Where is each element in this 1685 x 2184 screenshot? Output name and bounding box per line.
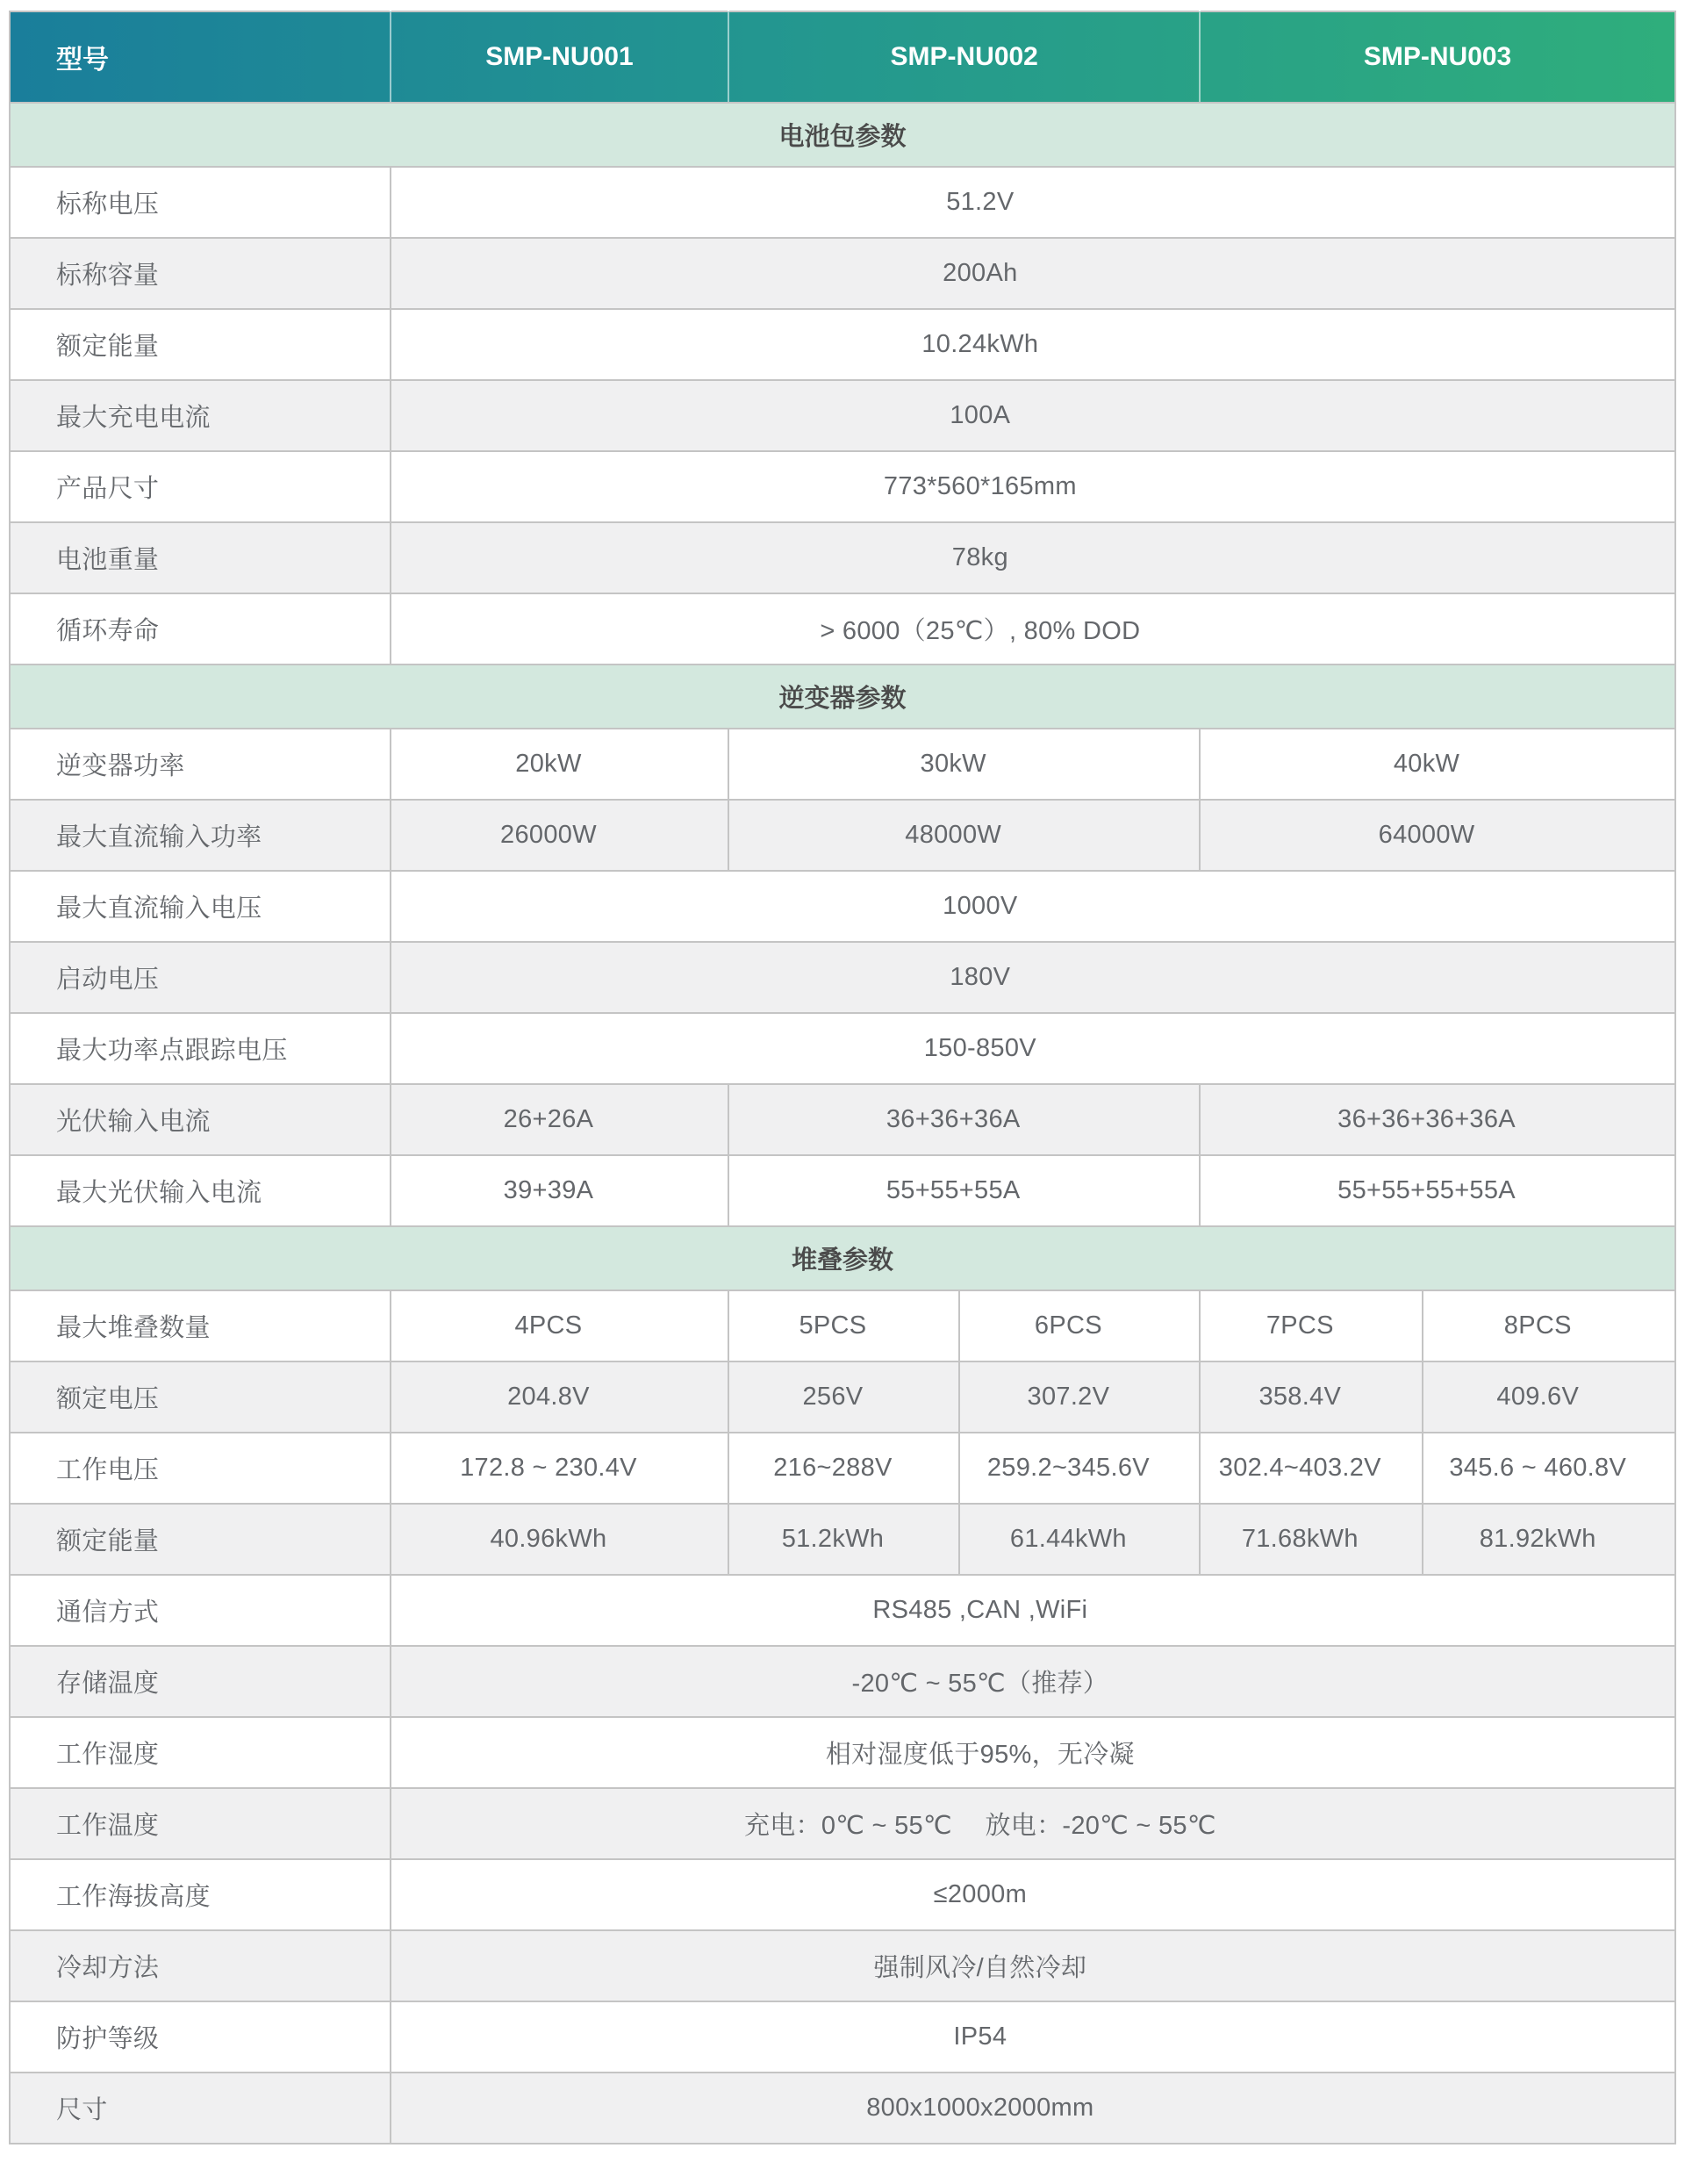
spec-row: 最大光伏输入电流39+39A55+55+55A55+55+55+55A: [10, 1155, 1675, 1226]
spec-row-label: 工作湿度: [10, 1717, 391, 1788]
spec-row-label: 最大直流输入功率: [10, 800, 391, 871]
spec-row: 光伏输入电流26+26A36+36+36A36+36+36+36A: [10, 1084, 1675, 1155]
model-header-row: 型号 SMP-NU001 SMP-NU002 SMP-NU003: [10, 11, 1675, 103]
spec-row: 工作电压172.8 ~ 230.4V216~288V259.2~345.6V30…: [10, 1433, 1675, 1504]
spec-value: 30kW: [728, 729, 1200, 800]
spec-value: 40.96kWh: [391, 1504, 729, 1575]
spec-value: 100A: [391, 380, 1675, 451]
spec-value: 81.92kWh: [1423, 1504, 1676, 1575]
spec-value: 20kW: [391, 729, 729, 800]
spec-row: 最大功率点跟踪电压150-850V: [10, 1013, 1675, 1084]
spec-row-label: 最大光伏输入电流: [10, 1155, 391, 1226]
section-title: 堆叠参数: [10, 1226, 1675, 1290]
spec-value: 8PCS: [1423, 1290, 1676, 1361]
spec-value: 358.4V: [1200, 1361, 1422, 1433]
spec-row-label: 标称容量: [10, 238, 391, 309]
spec-value: 216~288V: [728, 1433, 958, 1504]
spec-row-label: 工作电压: [10, 1433, 391, 1504]
section-band-row: 逆变器参数: [10, 665, 1675, 729]
spec-row: 最大堆叠数量4PCS5PCS6PCS7PCS8PCS: [10, 1290, 1675, 1361]
spec-value: 26+26A: [391, 1084, 729, 1155]
spec-value: 64000W: [1200, 800, 1675, 871]
spec-row-label: 防护等级: [10, 2001, 391, 2073]
spec-row: 工作海拔高度≤2000m: [10, 1859, 1675, 1930]
spec-row: 工作湿度相对湿度低于95%，无冷凝: [10, 1717, 1675, 1788]
spec-value: 307.2V: [959, 1361, 1200, 1433]
spec-row: 标称电压51.2V: [10, 167, 1675, 238]
spec-row-label: 光伏输入电流: [10, 1084, 391, 1155]
spec-value: 55+55+55A: [728, 1155, 1200, 1226]
spec-row-label: 冷却方法: [10, 1930, 391, 2001]
spec-value: 48000W: [728, 800, 1200, 871]
spec-table: 型号 SMP-NU001 SMP-NU002 SMP-NU003 电池包参数标称…: [9, 11, 1676, 2144]
spec-row: 额定电压204.8V256V307.2V358.4V409.6V: [10, 1361, 1675, 1433]
spec-row-label: 额定电压: [10, 1361, 391, 1433]
spec-row: 存储温度-20℃ ~ 55℃（推荐）: [10, 1646, 1675, 1717]
spec-value: 180V: [391, 942, 1675, 1013]
model-column-title: 型号: [10, 11, 391, 103]
spec-sheet-page: 型号 SMP-NU001 SMP-NU002 SMP-NU003 电池包参数标称…: [0, 0, 1685, 2184]
spec-row-label: 最大堆叠数量: [10, 1290, 391, 1361]
spec-value: 71.68kWh: [1200, 1504, 1422, 1575]
spec-row: 电池重量78kg: [10, 522, 1675, 593]
spec-value: 39+39A: [391, 1155, 729, 1226]
spec-value: 150-850V: [391, 1013, 1675, 1084]
spec-value: 51.2kWh: [728, 1504, 958, 1575]
spec-value: 51.2V: [391, 167, 1675, 238]
spec-row-label: 逆变器功率: [10, 729, 391, 800]
spec-value: 26000W: [391, 800, 729, 871]
spec-row-label: 启动电压: [10, 942, 391, 1013]
spec-value: 200Ah: [391, 238, 1675, 309]
spec-value: 773*560*165mm: [391, 451, 1675, 522]
spec-row-label: 额定能量: [10, 1504, 391, 1575]
spec-value: 256V: [728, 1361, 958, 1433]
spec-row: 冷却方法强制风冷/自然冷却: [10, 1930, 1675, 2001]
spec-row: 产品尺寸773*560*165mm: [10, 451, 1675, 522]
spec-row: 启动电压180V: [10, 942, 1675, 1013]
spec-row-label: 工作海拔高度: [10, 1859, 391, 1930]
spec-value: 7PCS: [1200, 1290, 1422, 1361]
spec-value: 36+36+36A: [728, 1084, 1200, 1155]
spec-value: 409.6V: [1423, 1361, 1676, 1433]
spec-value: 345.6 ~ 460.8V: [1423, 1433, 1676, 1504]
section-title: 电池包参数: [10, 103, 1675, 167]
spec-row: 最大直流输入电压1000V: [10, 871, 1675, 942]
spec-value: 172.8 ~ 230.4V: [391, 1433, 729, 1504]
spec-row-label: 通信方式: [10, 1575, 391, 1646]
spec-row-label: 电池重量: [10, 522, 391, 593]
spec-row: 最大直流输入功率26000W48000W64000W: [10, 800, 1675, 871]
spec-value: 相对湿度低于95%，无冷凝: [391, 1717, 1675, 1788]
section-band-row: 堆叠参数: [10, 1226, 1675, 1290]
spec-row: 通信方式RS485 ,CAN ,WiFi: [10, 1575, 1675, 1646]
spec-value: 78kg: [391, 522, 1675, 593]
spec-row: 最大充电电流100A: [10, 380, 1675, 451]
spec-value: 5PCS: [728, 1290, 958, 1361]
spec-row-label: 产品尺寸: [10, 451, 391, 522]
spec-value: 10.24kWh: [391, 309, 1675, 380]
spec-value: IP54: [391, 2001, 1675, 2073]
spec-value: 充电：0℃ ~ 55℃ 放电：-20℃ ~ 55℃: [391, 1788, 1675, 1859]
spec-row: 工作温度充电：0℃ ~ 55℃ 放电：-20℃ ~ 55℃: [10, 1788, 1675, 1859]
spec-row: 逆变器功率20kW30kW40kW: [10, 729, 1675, 800]
spec-row-label: 最大充电电流: [10, 380, 391, 451]
section-band-row: 电池包参数: [10, 103, 1675, 167]
spec-row-label: 工作温度: [10, 1788, 391, 1859]
spec-value: 36+36+36+36A: [1200, 1084, 1675, 1155]
spec-value: > 6000（25℃）, 80% DOD: [391, 593, 1675, 665]
spec-value: 强制风冷/自然冷却: [391, 1930, 1675, 2001]
spec-row-label: 循环寿命: [10, 593, 391, 665]
spec-value: 55+55+55+55A: [1200, 1155, 1675, 1226]
spec-row: 防护等级IP54: [10, 2001, 1675, 2073]
spec-row-label: 标称电压: [10, 167, 391, 238]
spec-value: 61.44kWh: [959, 1504, 1200, 1575]
spec-row: 额定能量10.24kWh: [10, 309, 1675, 380]
spec-value: 6PCS: [959, 1290, 1200, 1361]
spec-value: 1000V: [391, 871, 1675, 942]
spec-value: 4PCS: [391, 1290, 729, 1361]
spec-value: 259.2~345.6V: [959, 1433, 1200, 1504]
spec-value: ≤2000m: [391, 1859, 1675, 1930]
spec-row-label: 最大功率点跟踪电压: [10, 1013, 391, 1084]
spec-value: 302.4~403.2V: [1200, 1433, 1422, 1504]
spec-value: 204.8V: [391, 1361, 729, 1433]
spec-table-body: 电池包参数标称电压51.2V标称容量200Ah额定能量10.24kWh最大充电电…: [10, 103, 1675, 2144]
spec-row: 额定能量40.96kWh51.2kWh61.44kWh71.68kWh81.92…: [10, 1504, 1675, 1575]
spec-row-label: 存储温度: [10, 1646, 391, 1717]
model-header-smp-nu003: SMP-NU003: [1200, 11, 1675, 103]
spec-row-label: 尺寸: [10, 2073, 391, 2144]
spec-value: RS485 ,CAN ,WiFi: [391, 1575, 1675, 1646]
model-header-smp-nu002: SMP-NU002: [728, 11, 1200, 103]
model-header-smp-nu001: SMP-NU001: [391, 11, 729, 103]
spec-value: 40kW: [1200, 729, 1675, 800]
spec-row: 尺寸800x1000x2000mm: [10, 2073, 1675, 2144]
spec-value: 800x1000x2000mm: [391, 2073, 1675, 2144]
spec-row: 循环寿命> 6000（25℃）, 80% DOD: [10, 593, 1675, 665]
spec-value: -20℃ ~ 55℃（推荐）: [391, 1646, 1675, 1717]
spec-row-label: 额定能量: [10, 309, 391, 380]
spec-row-label: 最大直流输入电压: [10, 871, 391, 942]
section-title: 逆变器参数: [10, 665, 1675, 729]
spec-row: 标称容量200Ah: [10, 238, 1675, 309]
